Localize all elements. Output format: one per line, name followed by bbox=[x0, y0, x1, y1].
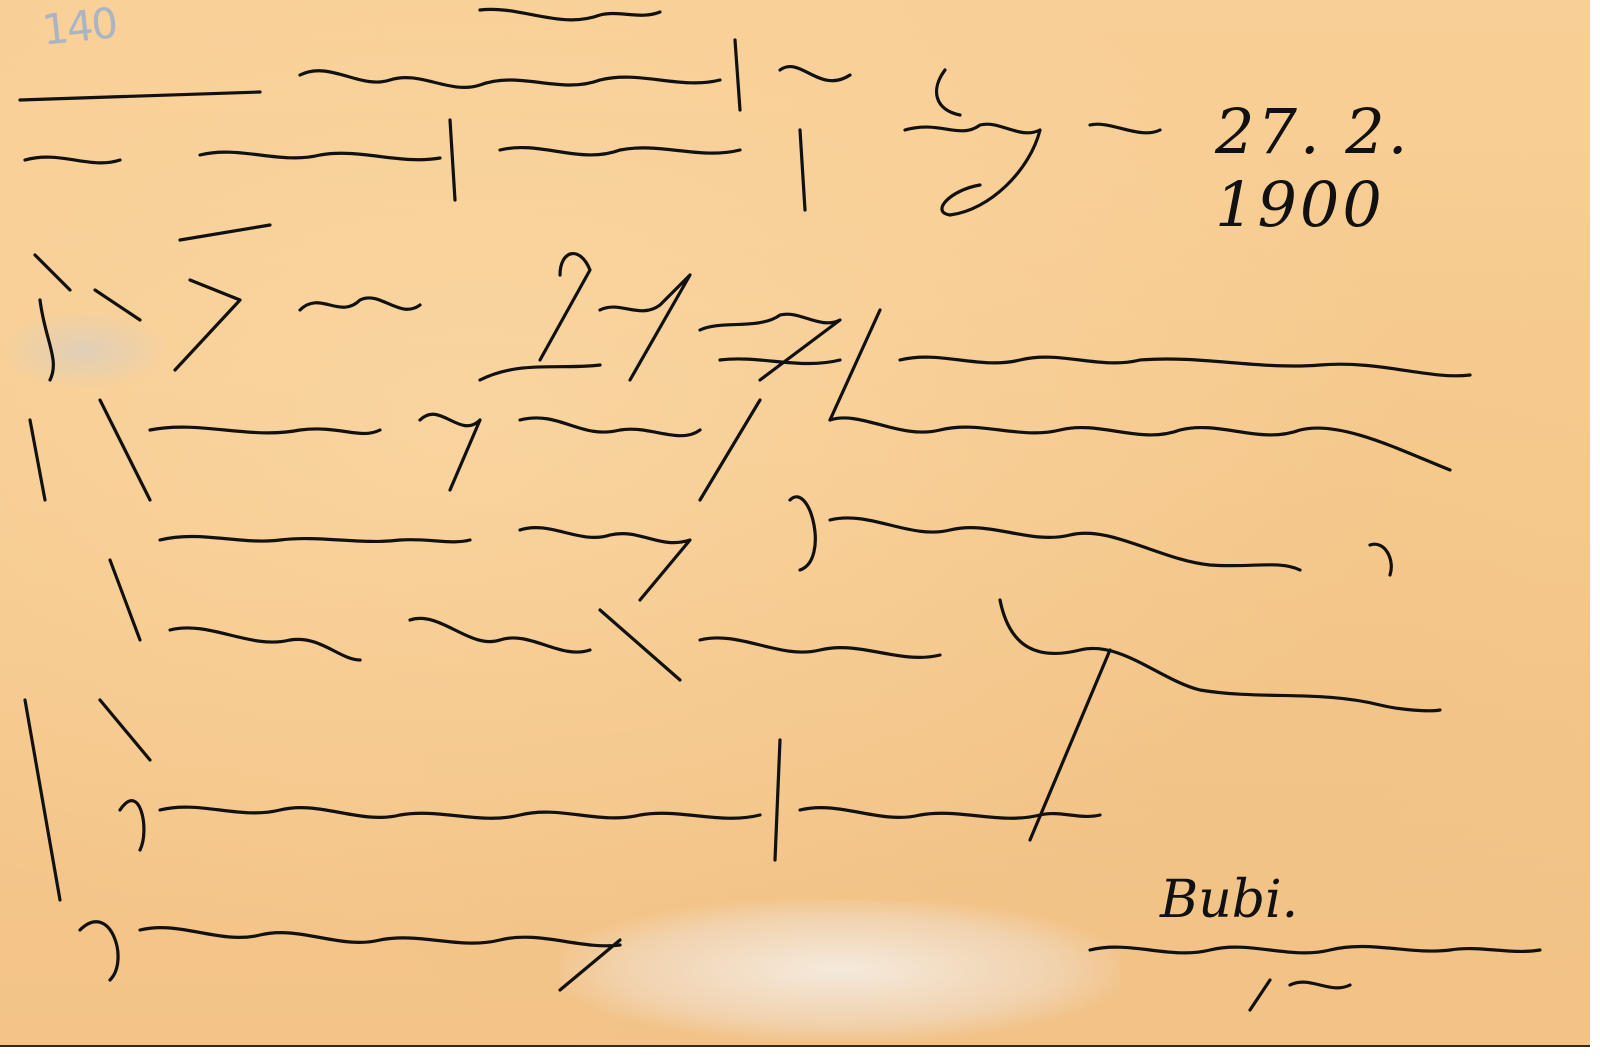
bottom-line-1 bbox=[80, 922, 620, 990]
left-vertical-text bbox=[25, 255, 150, 900]
upside-down-line-2 bbox=[25, 120, 805, 210]
body-line-4 bbox=[160, 497, 1391, 600]
signature bbox=[1090, 946, 1540, 1010]
body-line-5 bbox=[170, 600, 1440, 711]
body-line-3 bbox=[150, 400, 1450, 500]
date: 27. 2. 1900 bbox=[1215, 95, 1600, 241]
place-name bbox=[905, 70, 1160, 215]
body-line-1 bbox=[175, 225, 840, 380]
diagonal-stroke bbox=[1030, 650, 1110, 840]
closing-line bbox=[120, 740, 1100, 860]
body-line-2 bbox=[480, 310, 1470, 420]
signature-name: Bubi. bbox=[1160, 870, 1298, 930]
upside-down-line-1 bbox=[20, 40, 850, 110]
upside-down-line-3 bbox=[480, 9, 660, 20]
